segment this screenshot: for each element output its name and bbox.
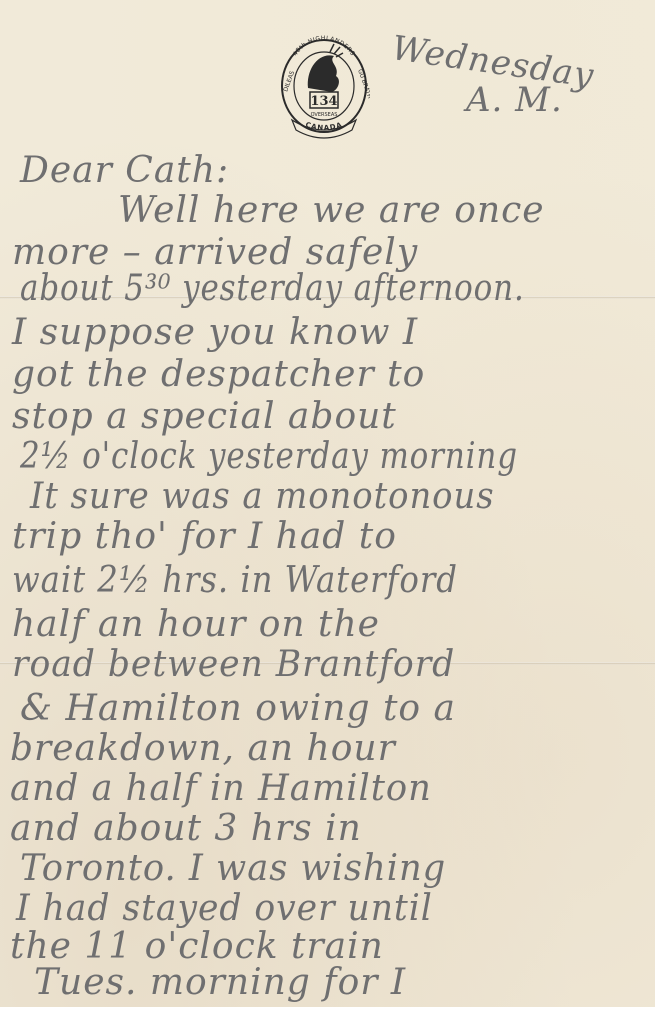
date-time: A. M.	[466, 80, 563, 120]
body-line: & Hamilton owing to a	[20, 688, 456, 729]
body-line: the 11 o'clock train	[10, 926, 384, 967]
body-line: I had stayed over until	[16, 888, 433, 929]
svg-text:134: 134	[310, 94, 337, 109]
body-line: Tues. morning for I	[34, 962, 406, 1003]
regimental-crest-icon: 134 48th HIGHLANDERS DILEAS GU BRATH OVE…	[278, 30, 370, 142]
svg-text:GU BRATH: GU BRATH	[356, 68, 370, 99]
body-line: and a half in Hamilton	[10, 768, 432, 809]
body-line: Toronto. I was wishing	[20, 848, 446, 889]
body-line: road between Brantford	[12, 644, 455, 685]
body-line: Well here we are once	[118, 190, 545, 231]
svg-text:48th HIGHLANDERS: 48th HIGHLANDERS	[292, 35, 356, 57]
body-line: wait 2½ hrs. in Waterford	[12, 560, 458, 601]
body-line: breakdown, an hour	[10, 728, 396, 769]
svg-text:OVERSEAS: OVERSEAS	[311, 112, 338, 118]
letter-page: 134 48th HIGHLANDERS DILEAS GU BRATH OVE…	[0, 0, 655, 1007]
body-line: got the despatcher to	[12, 354, 425, 395]
body-line: half an hour on the	[12, 604, 380, 645]
body-line: about 5³⁰ yesterday afternoon.	[20, 268, 525, 309]
body-line: stop a special about	[12, 396, 397, 437]
body-line: more – arrived safely	[12, 232, 418, 273]
salutation: Dear Cath:	[20, 150, 229, 191]
body-line: I suppose you know I	[12, 312, 418, 353]
body-line: It sure was a monotonous	[30, 476, 495, 517]
body-line: and about 3 hrs in	[10, 808, 362, 849]
body-line: 2½ o'clock yesterday morning	[20, 436, 518, 477]
body-line: trip tho' for I had to	[12, 516, 397, 557]
